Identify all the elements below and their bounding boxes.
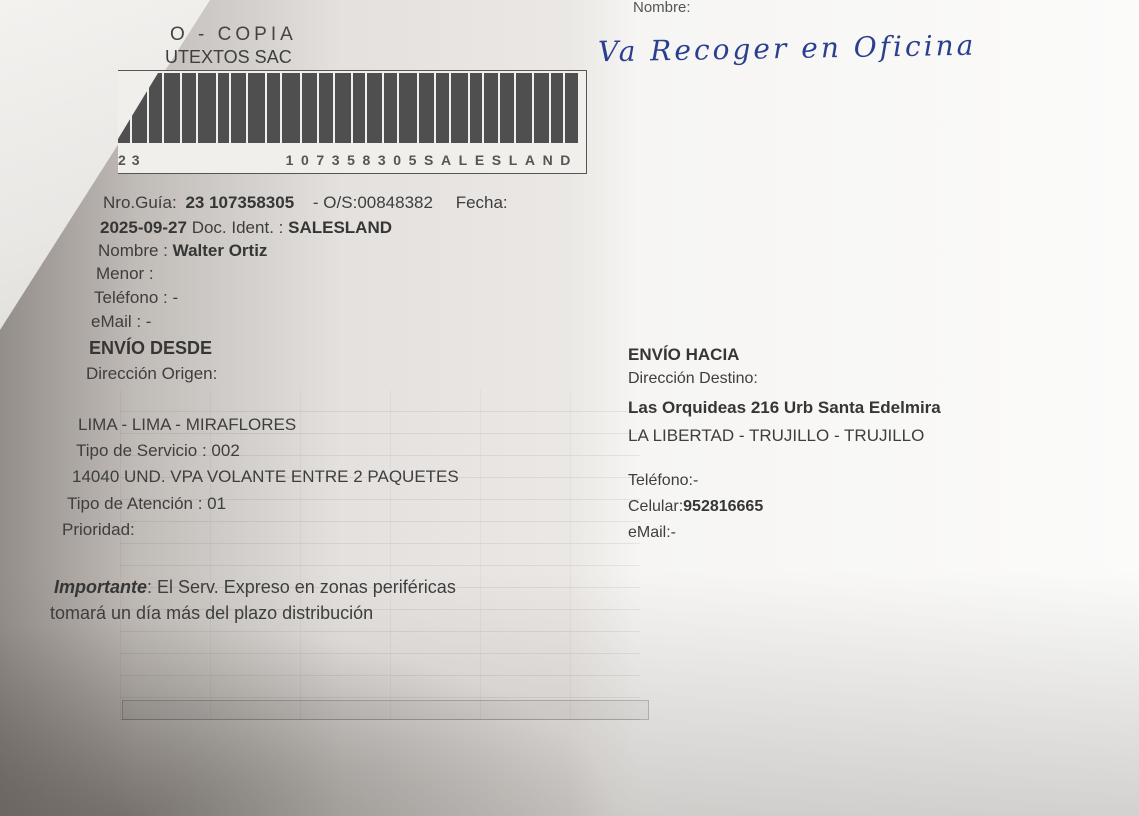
barcode-bar — [218, 73, 230, 143]
barcode-bar — [484, 73, 499, 143]
celular-label: Celular: — [628, 498, 683, 515]
barcode-bar — [534, 73, 549, 143]
destination-cell-row: Celular:952816665 — [628, 498, 763, 516]
barcode-bar — [384, 73, 397, 143]
service-type: Tipo de Servicio : 002 — [76, 441, 240, 461]
email-row: eMail : - — [91, 312, 151, 332]
barcode-bar — [516, 73, 533, 143]
barcode-bar — [182, 73, 195, 143]
origin-heading: ENVÍO DESDE — [89, 338, 212, 359]
celular-value: 952816665 — [683, 498, 763, 515]
telefono-row: Teléfono : - — [94, 288, 178, 308]
barcode-text: 23 107358305SALESLAND — [118, 152, 578, 168]
barcode-bar — [436, 73, 449, 143]
company-name: UTEXTOS SAC — [165, 47, 292, 68]
contents: 14040 UND. VPA VOLANTE ENTRE 2 PAQUETES — [72, 467, 459, 487]
barcode-bar — [132, 73, 147, 143]
origin-location: LIMA - LIMA - MIRAFLORES — [78, 415, 296, 435]
date-doc-row: 2025-09-27 Doc. Ident. : SALESLAND — [100, 218, 392, 238]
os-value: 00848382 — [357, 193, 433, 212]
doc-ident-value: SALESLAND — [288, 218, 392, 237]
nombre-value: Walter Ortiz — [173, 241, 268, 260]
destination-location: LA LIBERTAD - TRUJILLO - TRUJILLO — [628, 426, 924, 446]
attention-type: Tipo de Atención : 01 — [67, 494, 226, 514]
barcode-bar — [319, 73, 332, 143]
barcode-bar — [282, 73, 300, 143]
notice-text-1: : El Serv. Expreso en zonas periféricas — [147, 577, 456, 597]
copy-title: O - COPIA — [170, 24, 297, 46]
origin-address-label: Dirección Origen: — [86, 364, 217, 384]
important-notice-line2: tomará un día más del plazo distribución — [50, 603, 373, 624]
important-notice-line1: Importante: El Serv. Expreso en zonas pe… — [54, 577, 456, 598]
nombre-top-label: Nombre: — [633, 0, 691, 16]
barcode-bar — [118, 73, 130, 143]
faint-bleed-through-box — [122, 700, 649, 720]
doc-ident-label: Doc. Ident. : — [192, 218, 284, 237]
barcode-bar — [164, 73, 181, 143]
nro-guia-value: 23 107358305 — [185, 193, 294, 212]
important-label: Importante — [54, 577, 147, 597]
faint-bleed-through-grid — [120, 390, 640, 720]
barcode: 23 107358305SALESLAND — [118, 70, 587, 174]
barcode-bar — [565, 73, 578, 143]
barcode-bar — [231, 73, 246, 143]
destination-heading: ENVÍO HACIA — [628, 345, 739, 365]
nombre-label: Nombre : — [98, 241, 168, 260]
barcode-bars — [118, 73, 580, 143]
priority: Prioridad: — [62, 520, 135, 540]
barcode-bar — [335, 73, 352, 143]
barcode-bar — [267, 73, 280, 143]
barcode-bar — [500, 73, 513, 143]
barcode-bar — [551, 73, 563, 143]
barcode-prefix: 23 — [118, 152, 146, 168]
destination-phone: Teléfono:- — [628, 472, 698, 490]
barcode-bar — [470, 73, 482, 143]
nro-guia-label: Nro.Guía: — [103, 193, 177, 212]
destination-address-label: Dirección Destino: — [628, 370, 758, 388]
menor-row: Menor : — [96, 264, 154, 284]
barcode-bar — [451, 73, 468, 143]
barcode-bar — [302, 73, 317, 143]
fecha-value: 2025-09-27 — [100, 218, 187, 237]
barcode-bar — [149, 73, 162, 143]
barcode-bar — [198, 73, 216, 143]
barcode-code: 107358305SALESLAND — [286, 152, 578, 168]
handwritten-note: Va Recoger en Oficina — [598, 29, 977, 69]
barcode-bar — [248, 73, 265, 143]
nombre-row: Nombre : Walter Ortiz — [98, 241, 267, 261]
destination-address: Las Orquideas 216 Urb Santa Edelmira — [628, 398, 941, 418]
fecha-label: Fecha: — [456, 193, 508, 212]
barcode-bar — [419, 73, 434, 143]
guide-number-row: Nro.Guía: 23 107358305 - O/S:00848382 Fe… — [103, 193, 508, 213]
barcode-bar — [367, 73, 382, 143]
barcode-bar — [399, 73, 417, 143]
os-label: - O/S: — [313, 193, 357, 212]
destination-email: eMail:- — [628, 524, 676, 542]
barcode-bar — [353, 73, 365, 143]
